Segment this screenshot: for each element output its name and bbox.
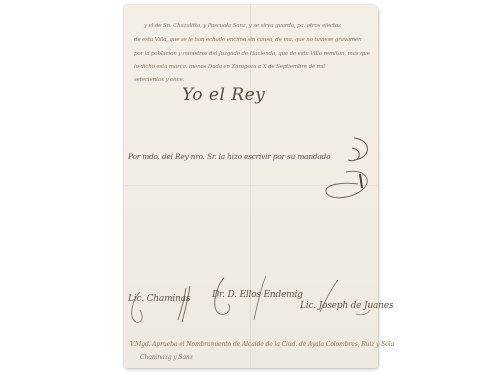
body-line-3: por la poblacion y ministros del Juzgado…	[134, 51, 370, 57]
referendum-line: Por mdo. del Rey nro. Sr. la hizo escriv…	[128, 152, 330, 161]
secretary-paraph-flourish	[324, 130, 378, 210]
body-line-4: lo dicho esta marca. menos Dada en Zarag…	[134, 64, 325, 70]
footer-line-1: V.Mgd. Aprueba el Nombramiento de Alcaid…	[130, 341, 394, 348]
body-line-1: y el de Sn. Chazalitto, y Pascuala Sanz,…	[144, 23, 341, 29]
royal-signature: Yo el Rey	[182, 85, 265, 105]
body-line-5: setecientos y once.	[134, 77, 184, 83]
signature-flourishes	[124, 270, 378, 330]
footer-line-2: Chaninazg y Sanz	[140, 354, 193, 361]
body-line-2: de esta Villa, que se le han echado enci…	[134, 37, 362, 43]
manuscript-page: y el de Sn. Chazalitto, y Pascuala Sanz,…	[124, 5, 378, 368]
